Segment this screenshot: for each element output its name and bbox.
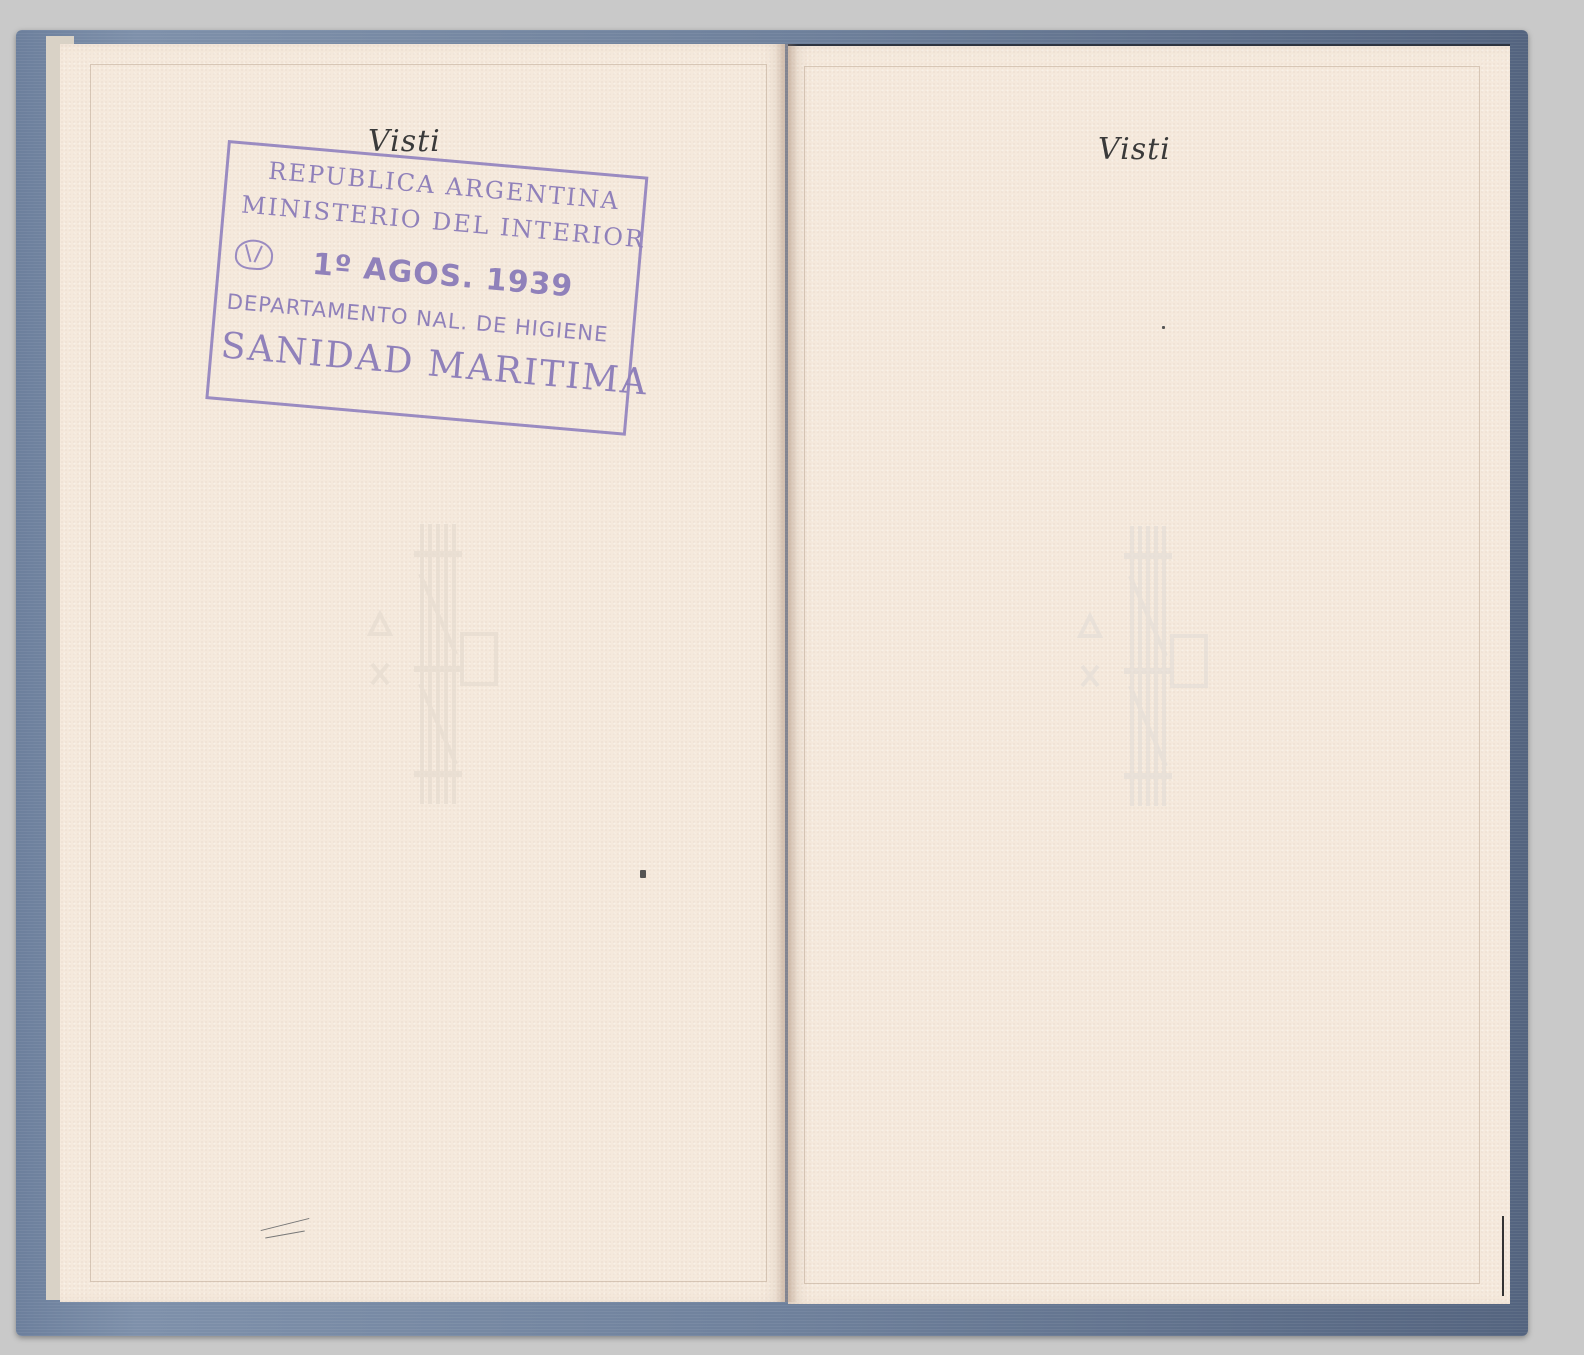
- fasces-watermark-icon: [350, 514, 500, 814]
- shell-icon: [234, 238, 274, 271]
- page-heading: Visti: [1098, 132, 1171, 167]
- entry-stamp: REPUBLICA ARGENTINA MINISTERIO DEL INTER…: [205, 140, 648, 436]
- edge-ink-mark: [1502, 1216, 1504, 1296]
- stamp-date: 1º AGOS. 1939: [311, 247, 575, 305]
- left-page: Visti REPUBLICA ARGENTINA MINISTERIO DEL…: [60, 44, 785, 1302]
- right-page: Visti: [788, 44, 1510, 1304]
- ink-speck: [640, 870, 646, 878]
- fasces-watermark-icon: [1060, 516, 1210, 816]
- ink-speck: [1162, 326, 1165, 329]
- book-gutter: [776, 44, 798, 1302]
